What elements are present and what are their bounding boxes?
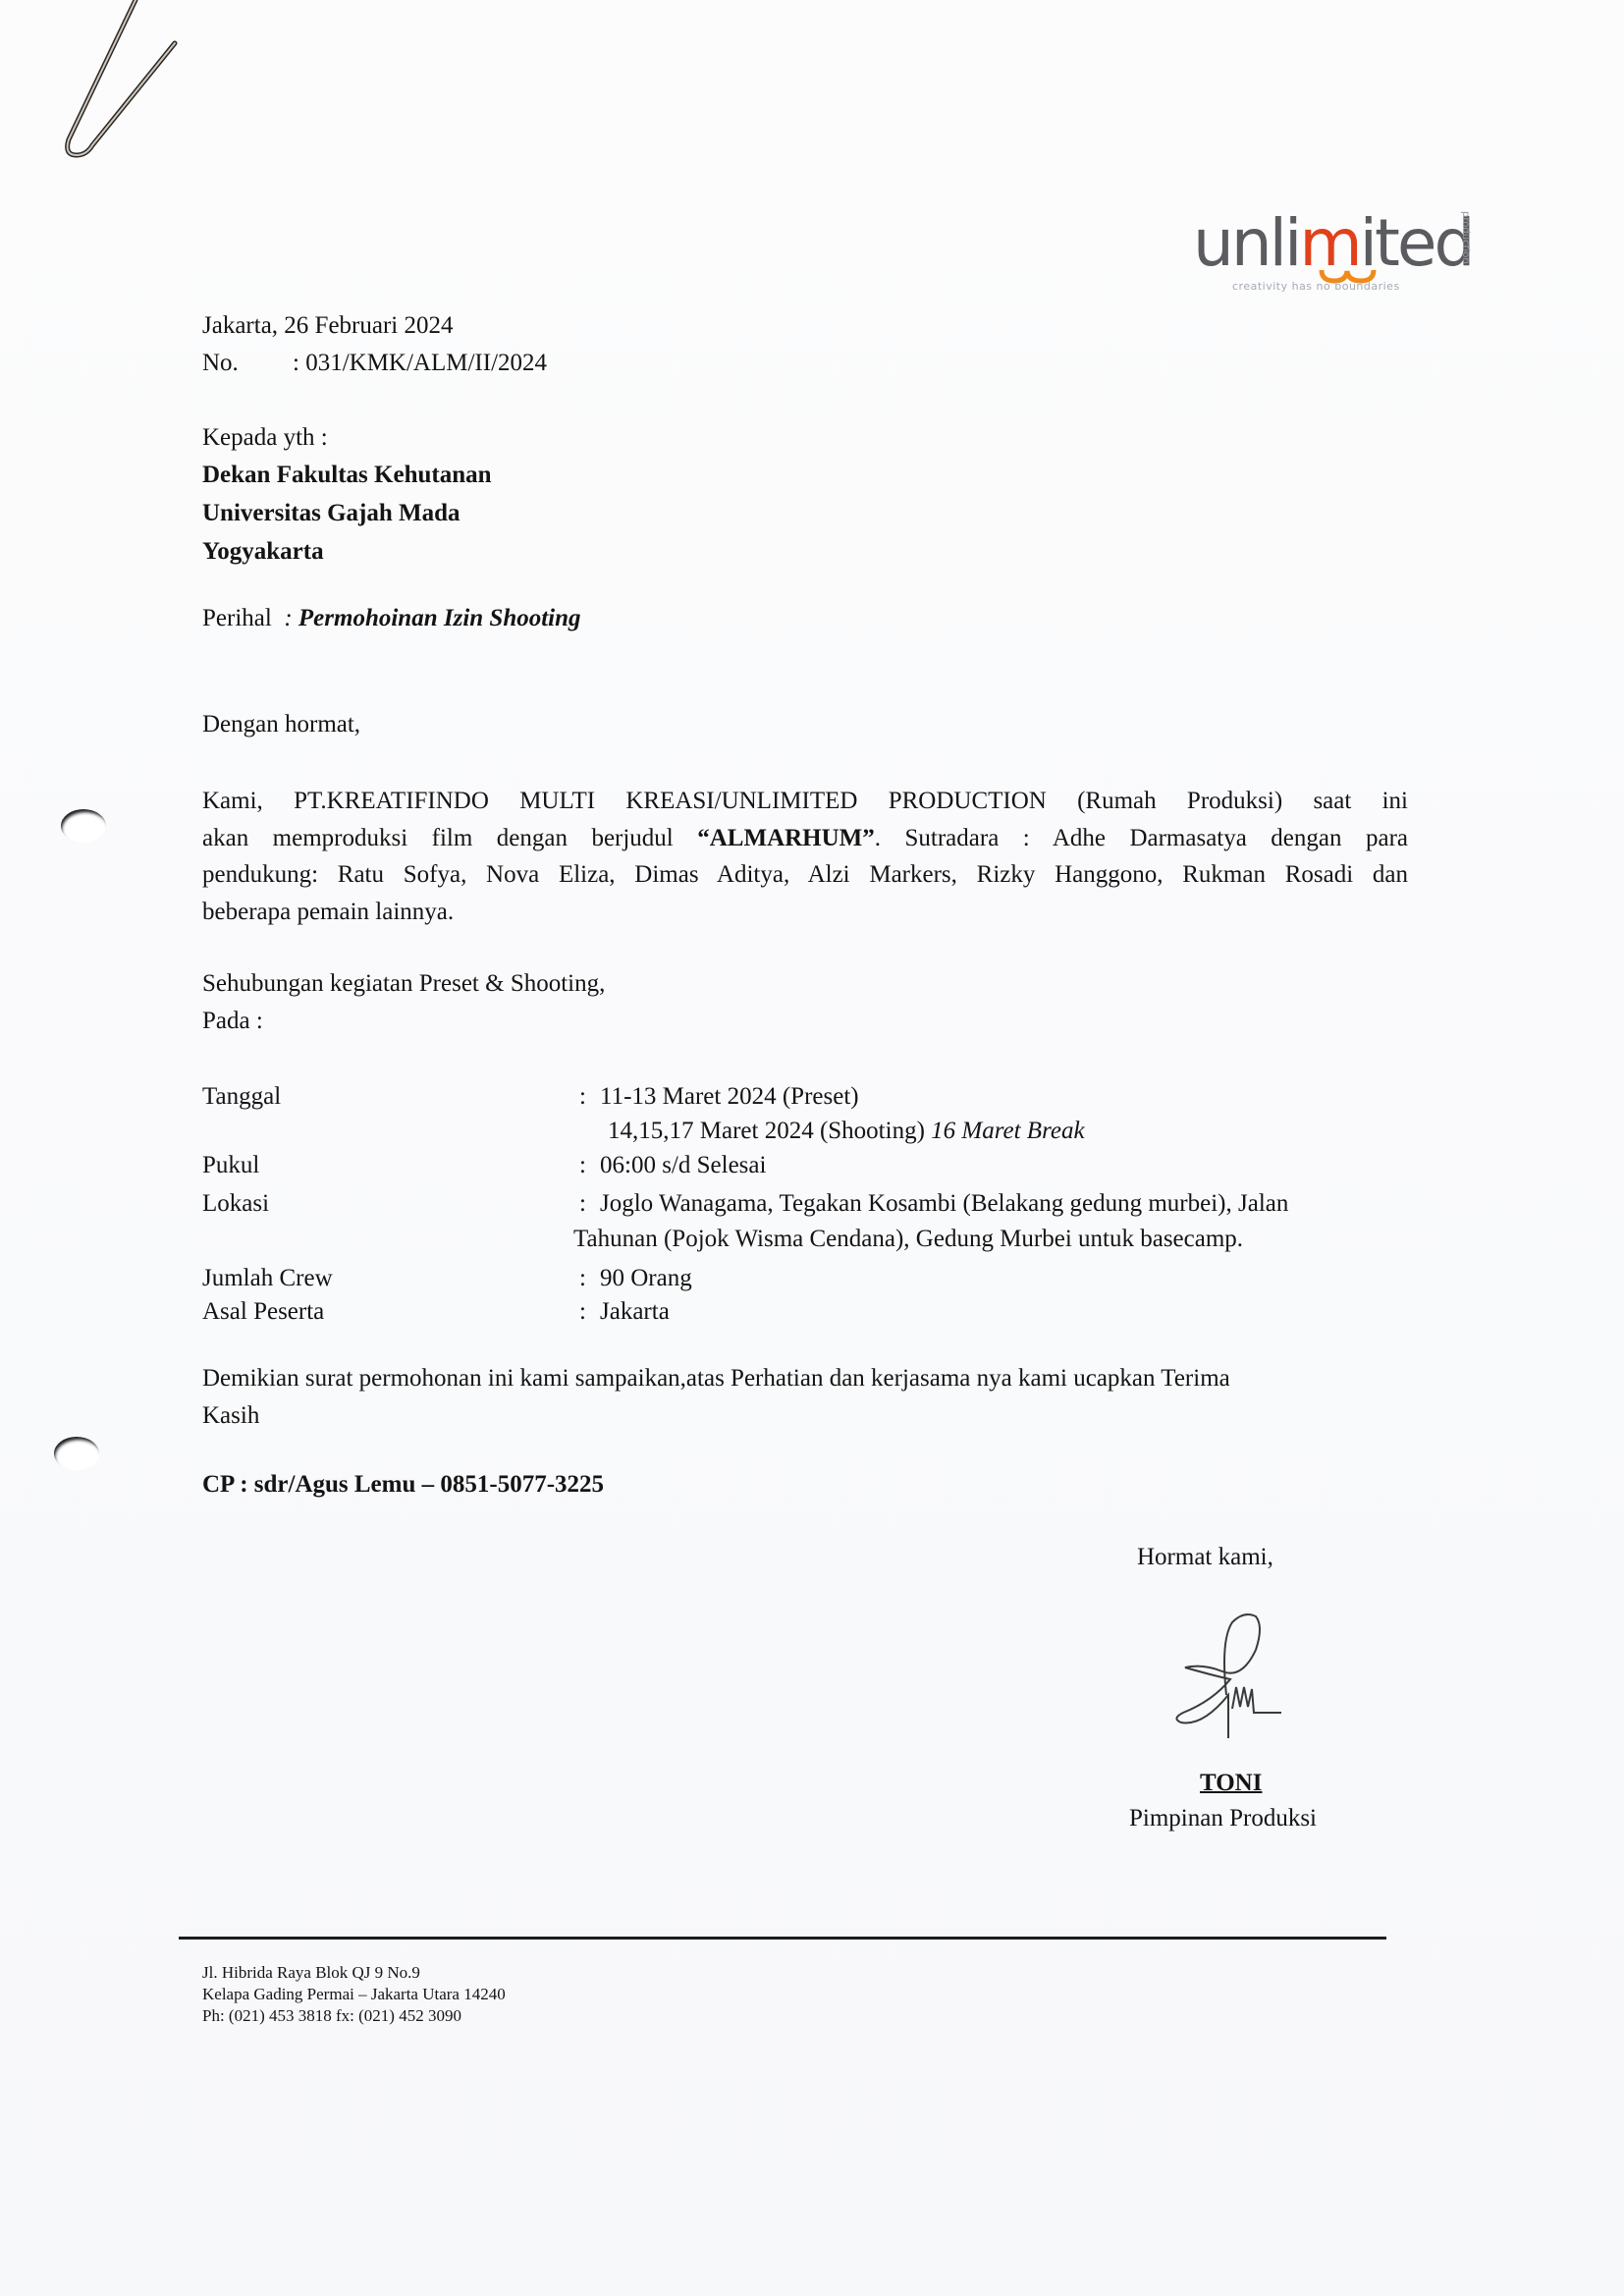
intro-paragraph: Kami, PT.KREATIFINDO MULTI KREASI/UNLIMI… — [202, 783, 1408, 930]
signatory-title: Pimpinan Produksi — [1129, 1801, 1317, 1836]
signature-scribble-icon — [1173, 1611, 1291, 1748]
intro-line: beberapa pemain lainnya. — [202, 894, 1408, 931]
subject-value: Permohoinan Izin Shooting — [298, 605, 581, 631]
intro-line: akan memproduksi film dengan berjudul “A… — [202, 820, 1408, 857]
logo-side-text: production — [1460, 211, 1471, 264]
punch-hole — [54, 1437, 99, 1470]
letter-number: : 031/KMK/ALM/II/2024 — [293, 346, 547, 381]
closing-line: Kasih — [202, 1398, 259, 1434]
place-date: Jakarta, 26 Februari 2024 — [202, 308, 453, 344]
greeting: Dengan hormat, — [202, 707, 360, 742]
film-title: “ALMARHUM” — [697, 825, 875, 851]
company-logo: unlimited production creativity has no b… — [1193, 211, 1488, 300]
letter-page: unlimited production creativity has no b… — [0, 0, 1624, 2296]
footer-phone: Ph: (021) 453 3818 fx: (021) 452 3090 — [202, 2005, 506, 2027]
intro-line: Kami, PT.KREATIFINDO MULTI KREASI/UNLIMI… — [202, 783, 1408, 820]
subject-label: Perihal — [202, 605, 272, 631]
break-note: 16 Maret Break — [931, 1118, 1084, 1144]
contact-person: CP : sdr/Agus Lemu – 0851-5077-3225 — [202, 1467, 604, 1503]
footer-address: Jl. Hibrida Raya Blok QJ 9 No.9 Kelapa G… — [202, 1962, 506, 2027]
footer-divider — [179, 1937, 1386, 1940]
footer-address-line: Jl. Hibrida Raya Blok QJ 9 No.9 — [202, 1962, 506, 1984]
logo-wordmark: unlimited — [1193, 211, 1472, 276]
recipient-line: Universitas Gajah Mada — [202, 496, 460, 531]
regards: Hormat kami, — [1137, 1540, 1273, 1575]
context-line: Pada : — [202, 1004, 263, 1039]
subject-colon: : — [284, 605, 292, 631]
punch-hole — [61, 809, 106, 843]
recipient-line: Dekan Fakultas Kehutanan — [202, 458, 492, 493]
subject-line: Perihal : Permohoinan Izin Shooting — [202, 601, 581, 636]
footer-address-line: Kelapa Gading Permai – Jakarta Utara 142… — [202, 1984, 506, 2005]
logo-tagline: creativity has no boundaries — [1232, 280, 1400, 293]
signatory-name: TONI — [1200, 1766, 1262, 1801]
context-line: Sehubungan kegiatan Preset & Shooting, — [202, 966, 605, 1002]
letter-number-label: No. — [202, 346, 239, 381]
closing-line: Demikian surat permohonan ini kami sampa… — [202, 1361, 1230, 1396]
paperclip-icon — [49, 0, 187, 167]
recipient-line: Yogyakarta — [202, 534, 324, 570]
intro-line: pendukung: Ratu Sofya, Nova Eliza, Dimas… — [202, 856, 1408, 894]
recipient-salutation: Kepada yth : — [202, 420, 328, 456]
